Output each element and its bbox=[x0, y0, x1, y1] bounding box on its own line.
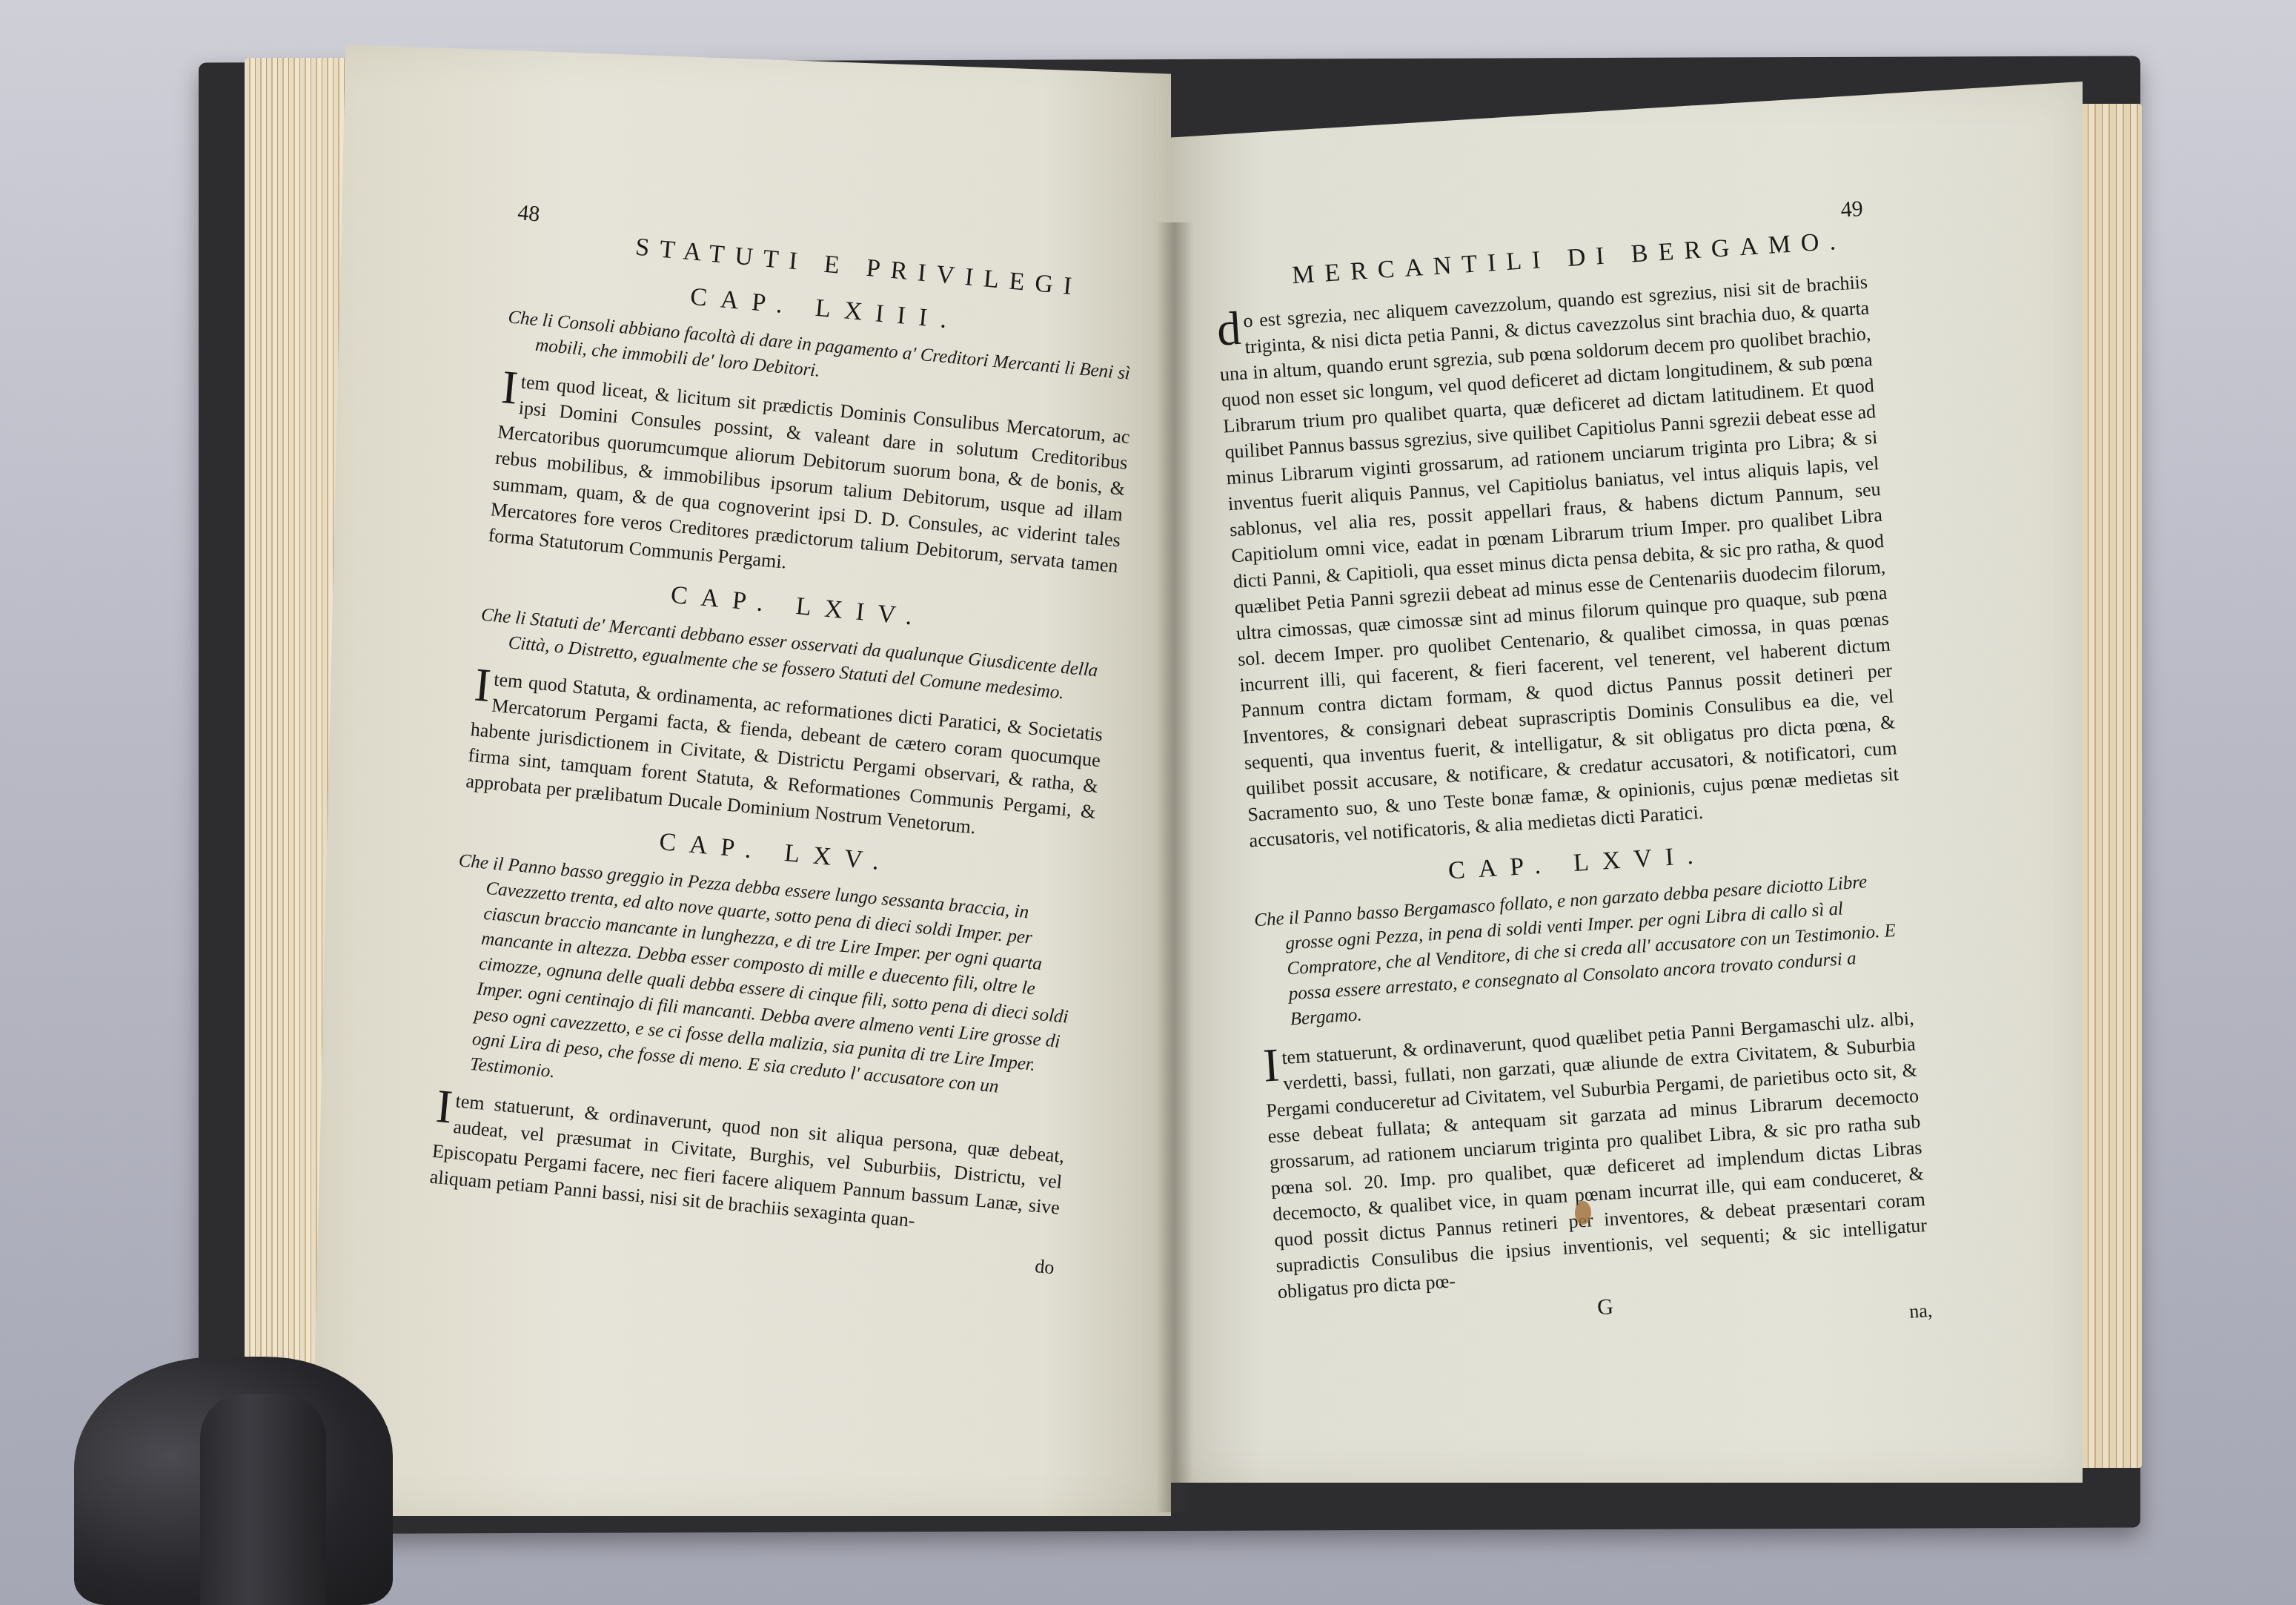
chapter-rubric: Che il Panno basso greggio in Pezza debb… bbox=[439, 848, 1087, 1131]
book-stand-hand-clip bbox=[200, 1394, 326, 1605]
chapter-body: Item statuerunt, & ordinaverunt, quod qu… bbox=[1262, 1005, 1929, 1305]
continued-text: do est sgrezia, nec aliquem cavezzolum, … bbox=[1216, 269, 1901, 854]
right-page-text: 49 MERCANTILI DI BERGAMO. do est sgrezia… bbox=[1212, 204, 1933, 1363]
book-gutter bbox=[1156, 222, 1193, 1512]
chapter-rubric: Che il Panno basso Bergamasco follato, e… bbox=[1253, 867, 1912, 1034]
paper-stain bbox=[1575, 1201, 1591, 1225]
left-page-text: 48 STATUTI E PRIVILEGI CAP. LXIII. Che l… bbox=[426, 200, 1147, 1279]
page-number: 49 bbox=[1840, 196, 1864, 223]
page-number: 48 bbox=[517, 200, 541, 228]
